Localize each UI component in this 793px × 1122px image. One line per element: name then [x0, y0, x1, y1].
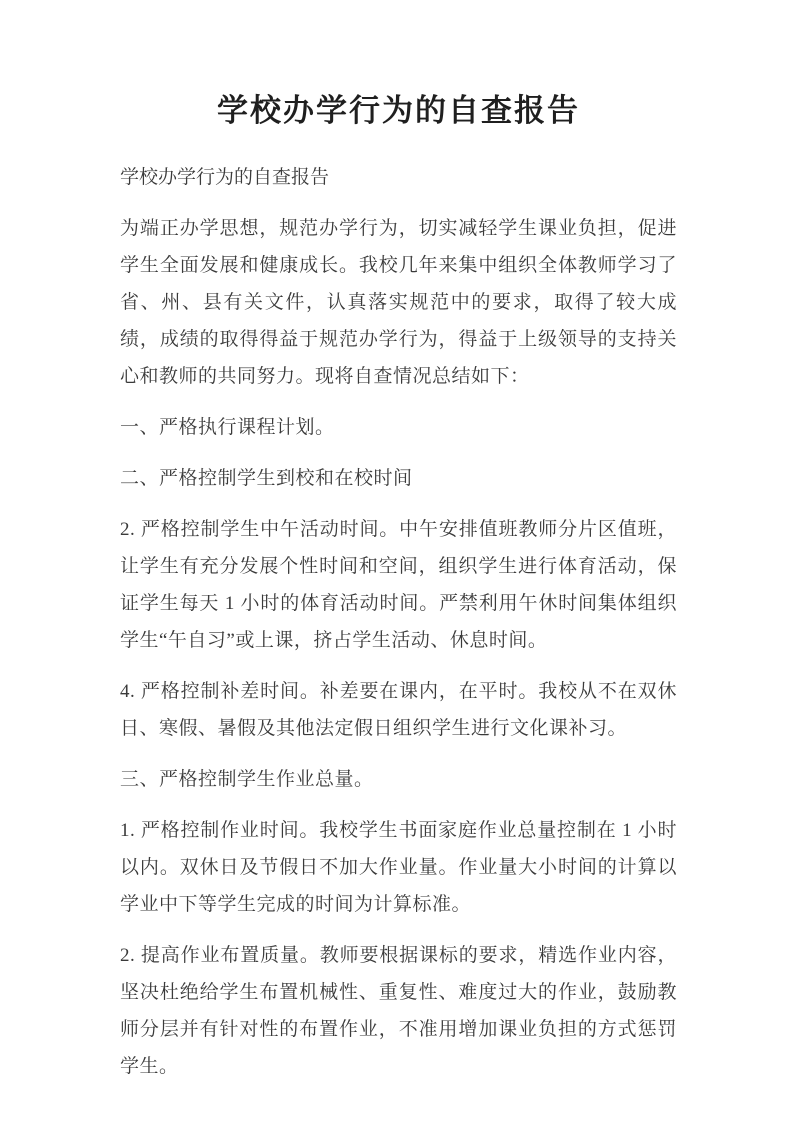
document-page: 学校办学行为的自查报告 学校办学行为的自查报告 为端正办学思想，规范办学行为，切… [0, 0, 793, 1122]
paragraph-homework-quality: 2. 提高作业布置质量。教师要根据课标的要求，精选作业内容，坚决杜绝给学生布置机… [120, 937, 677, 1085]
document-content: 学校办学行为的自查报告 学校办学行为的自查报告 为端正办学思想，规范办学行为，切… [120, 88, 677, 1085]
heading-section-2: 二、严格控制学生到校和在校时间 [120, 460, 677, 497]
doc-title: 学校办学行为的自查报告 [120, 88, 677, 133]
paragraph-remedial-time: 4. 严格控制补差时间。补差要在课内，在平时。我校从不在双休日、寒假、暑假及其他… [120, 673, 677, 747]
paragraph-noon-activity: 2. 严格控制学生中午活动时间。中午安排值班教师分片区值班，让学生有充分发展个性… [120, 511, 677, 659]
heading-section-3: 三、严格控制学生作业总量。 [120, 761, 677, 798]
heading-section-1: 一、严格执行课程计划。 [120, 409, 677, 446]
paragraph-intro: 为端正办学思想，规范办学行为，切实减轻学生课业负担，促进学生全面发展和健康成长。… [120, 210, 677, 395]
doc-subtitle: 学校办学行为的自查报告 [120, 159, 677, 196]
paragraph-homework-time: 1. 严格控制作业时间。我校学生书面家庭作业总量控制在 1 小时以内。双休日及节… [120, 812, 677, 923]
